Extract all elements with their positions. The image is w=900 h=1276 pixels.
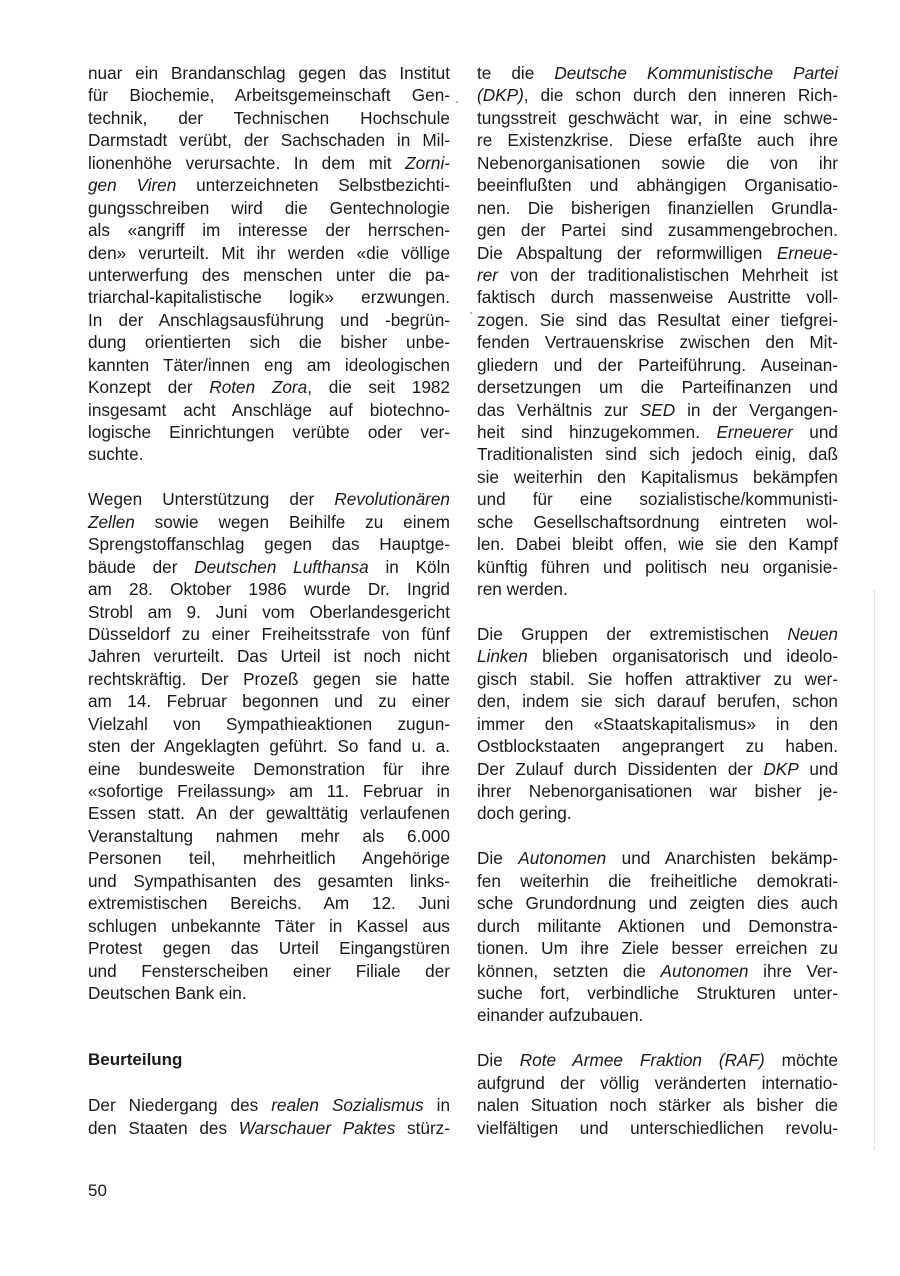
text-line: ren werden.: [477, 578, 838, 600]
text-line: sche Grundordnung und zeigten dies auch: [477, 892, 838, 914]
text-line: eine bundesweite Demonstration für ihre: [88, 758, 450, 780]
text-line: fen weiterhin die freiheitliche demokrat…: [477, 870, 838, 892]
text-line: unterwerfung des menschen unter die pa-: [88, 264, 450, 286]
text-line: dersetzungen um die Parteifinanzen und: [477, 376, 838, 398]
scan-edge-marks: [874, 590, 876, 1150]
text-line: doch gering.: [477, 802, 838, 824]
text-line: sche Gesellschaftsordnung eintreten wol-: [477, 511, 838, 533]
text-line: und für eine sozialistische/kommunisti-: [477, 488, 838, 510]
text-line: Jahren verurteilt. Das Urteil ist noch n…: [88, 645, 450, 667]
text-line: Die Rote Armee Fraktion (RAF) möchte: [477, 1049, 838, 1071]
text-line: rer von der traditionalistischen Mehrhei…: [477, 264, 838, 286]
text-line: durch militante Aktionen und Demonstra-: [477, 915, 838, 937]
text-line: Veranstaltung nahmen mehr als 6.000: [88, 825, 450, 847]
text-line: den» verurteilt. Mit ihr werden «die völ…: [88, 242, 450, 264]
text-line: das Verhältnis zur SED in der Vergangen-: [477, 399, 838, 421]
text-line: Wegen Unterstützung der Revolutionären: [88, 488, 450, 510]
text-line: gliedern und der Parteiführung. Auseinan…: [477, 354, 838, 376]
text-line: Protest gegen das Urteil Eingangstüren: [88, 937, 450, 959]
text-line: suchte.: [88, 443, 450, 465]
text-line: Zellen sowie wegen Beihilfe zu einem: [88, 511, 450, 533]
text-line: te die Deutsche Kommunistische Partei: [477, 62, 838, 84]
paragraph-gap: [88, 466, 450, 488]
text-line: Deutschen Bank ein.: [88, 982, 450, 1004]
text-line: aufgrund der völlig veränderten internat…: [477, 1072, 838, 1094]
paragraph: te die Deutsche Kommunistische Partei(DK…: [477, 62, 838, 601]
text-line: In der Anschlagsausführung und -begrün-: [88, 309, 450, 331]
text-line: am 14. Februar begonnen und zu einer: [88, 690, 450, 712]
text-line: len. Dabei bleibt offen, wie sie den Kam…: [477, 533, 838, 555]
text-line: faktisch durch massenweise Austritte vol…: [477, 286, 838, 308]
paragraph: Der Niedergang des realen Sozialismus in…: [88, 1094, 450, 1139]
paragraph-gap: [88, 1072, 450, 1094]
paragraph: Wegen Unterstützung der RevolutionärenZe…: [88, 488, 450, 1004]
text-line: einander aufzubauen.: [477, 1004, 838, 1026]
text-line: beeinflußten und abhängigen Organisatio-: [477, 174, 838, 196]
text-line: für Biochemie, Arbeitsgemeinschaft Gen-: [88, 84, 450, 106]
paragraph-gap: [477, 601, 838, 623]
text-line: tungsstreit geschwächt war, in eine schw…: [477, 107, 838, 129]
text-line: und Fensterscheiben einer Filiale der: [88, 960, 450, 982]
text-line: Der Niedergang des realen Sozialismus in: [88, 1094, 450, 1116]
paragraph: nuar ein Brandanschlag gegen das Institu…: [88, 62, 450, 466]
text-line: gen Viren unterzeichneten Selbstbezichti…: [88, 174, 450, 196]
text-line: Vielzahl von Sympathieaktionen zugun-: [88, 713, 450, 735]
text-line: Düsseldorf zu einer Freiheitsstrafe von …: [88, 623, 450, 645]
text-line: bäude der Deutschen Lufthansa in Köln: [88, 556, 450, 578]
text-line: Essen statt. An der gewalttätig verlaufe…: [88, 802, 450, 824]
text-line: Sprengstoffanschlag gegen das Hauptge-: [88, 533, 450, 555]
text-line: dung orientierten sich die bisher unbe-: [88, 331, 450, 353]
page-number: 50: [88, 1181, 107, 1201]
paragraph: Die Rote Armee Fraktion (RAF) möchteaufg…: [477, 1049, 838, 1139]
text-line: den, indem sie sich darauf berufen, scho…: [477, 690, 838, 712]
paragraph-gap: [477, 825, 838, 847]
text-line: technik, der Technischen Hochschule: [88, 107, 450, 129]
text-line: kannten Täter/innen eng am ideologischen: [88, 354, 450, 376]
paragraph-gap: [88, 1004, 450, 1026]
text-line: Ostblockstaaten angeprangert zu haben.: [477, 735, 838, 757]
text-line: sie weiterhin den Kapitalismus bekämpfen: [477, 466, 838, 488]
text-line: nen. Die bisherigen finanziellen Grundla…: [477, 197, 838, 219]
text-line: triarchal-kapitalistische logik» erzwung…: [88, 286, 450, 308]
text-line: Darmstadt verübt, der Sachschaden in Mil…: [88, 129, 450, 151]
text-line: suche fort, verbindliche Strukturen unte…: [477, 982, 838, 1004]
text-line: «sofortige Freilassung» am 11. Februar i…: [88, 780, 450, 802]
text-line: heit sind hinzugekommen. Erneuerer und: [477, 421, 838, 443]
text-line: können, setzten die Autonomen ihre Ver-: [477, 960, 838, 982]
text-line: sten der Angeklagten geführt. So fand u.…: [88, 735, 450, 757]
text-line: Konzept der Roten Zora, die seit 1982: [88, 376, 450, 398]
paragraph: Die Autonomen und Anarchisten bekämp-fen…: [477, 847, 838, 1027]
text-line: tionen. Um ihre Ziele besser erreichen z…: [477, 937, 838, 959]
text-line: Personen teil, mehrheitlich Angehörige: [88, 847, 450, 869]
text-line: logische Einrichtungen verübte oder ver-: [88, 421, 450, 443]
scan-speck: [470, 312, 472, 314]
text-line: (DKP), die schon durch den inneren Rich-: [477, 84, 838, 106]
text-line: fenden Vertrauenskrise zwischen den Mit-: [477, 331, 838, 353]
paragraph-gap: [88, 1027, 450, 1049]
text-line: ihrer Nebenorganisationen war bisher je-: [477, 780, 838, 802]
text-line: als «angriff im interesse der herrschen-: [88, 219, 450, 241]
text-line: gen der Partei sind zusammengebrochen.: [477, 219, 838, 241]
text-line: gungsschreiben wird die Gentechnologie: [88, 197, 450, 219]
right-column: te die Deutsche Kommunistische Partei(DK…: [477, 62, 838, 1139]
text-line: extremistischen Bereichs. Am 12. Juni: [88, 892, 450, 914]
text-line: nuar ein Brandanschlag gegen das Institu…: [88, 62, 450, 84]
paragraph: Die Gruppen der extremistischen NeuenLin…: [477, 623, 838, 825]
text-line: insgesamt acht Anschläge auf biotechno-: [88, 399, 450, 421]
text-line: re Existenzkrise. Diese erfaßte auch ihr…: [477, 129, 838, 151]
text-line: nalen Situation noch stärker als bisher …: [477, 1094, 838, 1116]
text-line: Der Zulauf durch Dissidenten der DKP und: [477, 758, 838, 780]
text-line: vielfältigen und unterschiedlichen revol…: [477, 1117, 838, 1139]
text-line: Nebenorganisationen sowie die von ihr: [477, 152, 838, 174]
text-line: Strobl am 9. Juni vom Oberlandesgericht: [88, 601, 450, 623]
text-line: am 28. Oktober 1986 wurde Dr. Ingrid: [88, 578, 450, 600]
text-line: zogen. Sie sind das Resultat einer tiefg…: [477, 309, 838, 331]
text-line: Die Gruppen der extremistischen Neuen: [477, 623, 838, 645]
text-line: Linken blieben organisatorisch und ideol…: [477, 645, 838, 667]
text-line: rechtskräftig. Der Prozeß gegen sie hatt…: [88, 668, 450, 690]
text-line: Die Autonomen und Anarchisten bekämp-: [477, 847, 838, 869]
text-line: Traditionalisten sind sich jedoch einig,…: [477, 443, 838, 465]
paragraph-gap: [477, 1027, 838, 1049]
text-line: und Sympathisanten des gesamten links-: [88, 870, 450, 892]
text-line: den Staaten des Warschauer Paktes stürz-: [88, 1117, 450, 1139]
text-line: Die Abspaltung der reformwilligen Erneue…: [477, 242, 838, 264]
text-line: schlugen unbekannte Täter in Kassel aus: [88, 915, 450, 937]
left-column: nuar ein Brandanschlag gegen das Institu…: [88, 62, 450, 1139]
text-line: gisch stabil. Sie hoffen attraktiver zu …: [477, 668, 838, 690]
scan-speck: [456, 101, 458, 103]
text-line: immer den «Staatskapitalismus» in den: [477, 713, 838, 735]
text-line: lionenhöhe verursachte. In dem mit Zorni…: [88, 152, 450, 174]
text-line: künftig führen und politisch neu organis…: [477, 556, 838, 578]
section-heading: Beurteilung: [88, 1049, 450, 1071]
